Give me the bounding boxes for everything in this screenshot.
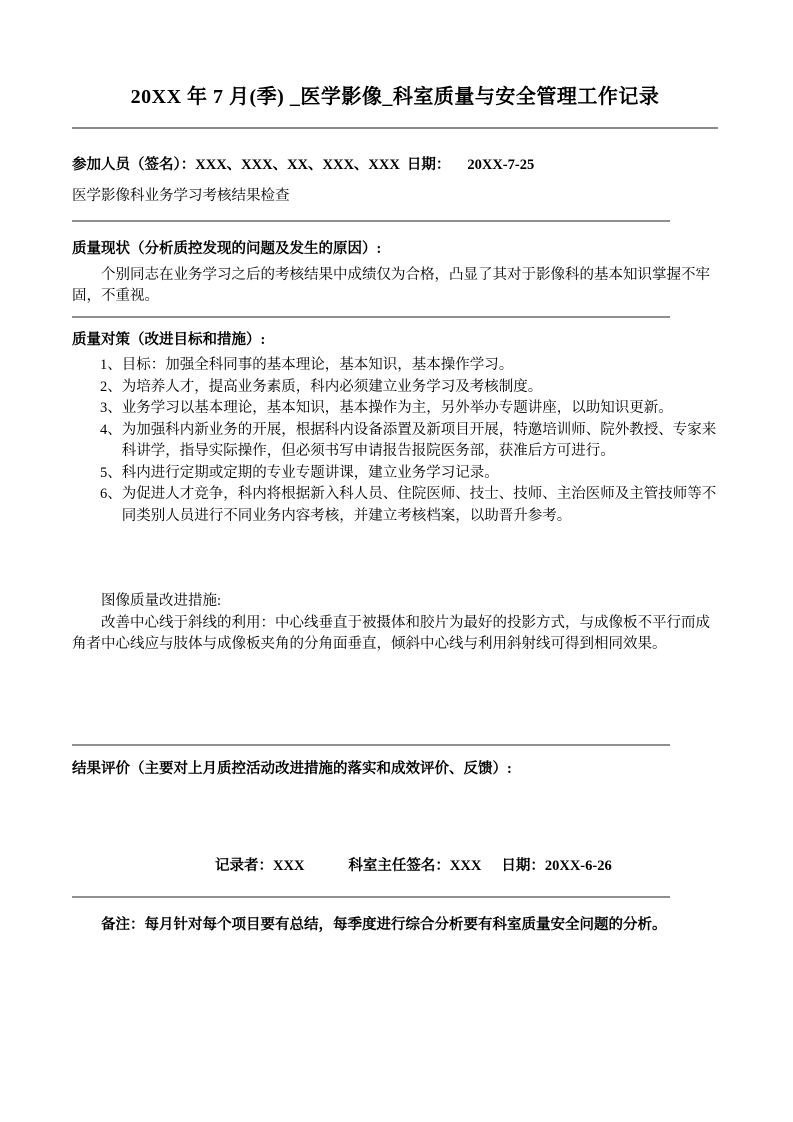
- list-item-text: 为培养人才，提高业务素质，科内必须建立业务学习及考核制度。: [122, 377, 718, 399]
- document-page: 20XX 年 7 月(季) _医学影像_科室质量与安全管理工作记录 参加人员（签…: [0, 0, 793, 1122]
- note-text: 每月针对每个项目要有总结，每季度进行综合分析要有科室质量安全问题的分析。: [145, 917, 667, 933]
- divider-after-quality-status: [72, 316, 670, 318]
- document-title: 20XX 年 7 月(季) _医学影像_科室质量与安全管理工作记录: [72, 84, 718, 110]
- list-item-text: 目标：加强全科同事的基本理论，基本知识，基本操作学习。: [122, 355, 718, 377]
- quality-status-heading: 质量现状（分析质控发现的问题及发生的原因）:: [72, 239, 718, 261]
- list-item: 1、 目标：加强全科同事的基本理论，基本知识，基本操作学习。: [72, 355, 718, 377]
- director-label: 科室主任签名：: [348, 858, 450, 874]
- list-number: 3、: [100, 398, 122, 420]
- countermeasure-list: 1、 目标：加强全科同事的基本理论，基本知识，基本操作学习。 2、 为培养人才，…: [72, 355, 718, 527]
- divider-before-note: [72, 896, 670, 898]
- list-item-text: 为加强科内新业务的开展，根据科内设备添置及新项目开展，特邀培训师、院外教授、专家…: [122, 420, 718, 463]
- note-label: 备注：: [101, 917, 145, 933]
- list-item: 2、 为培养人才，提高业务素质，科内必须建立业务学习及考核制度。: [72, 377, 718, 399]
- quality-status-body: 个别同志在业务学习之后的考核结果中成绩仅为合格，凸显了其对于影像科的基本知识掌握…: [72, 265, 718, 308]
- list-number: 6、: [100, 484, 122, 527]
- list-number: 5、: [100, 463, 122, 485]
- countermeasures-heading: 质量对策（改进目标和措施）:: [72, 330, 718, 352]
- list-number: 4、: [100, 420, 122, 463]
- participants-row: 参加人员（签名）：XXX、XXX、XX、XXX、XXX日期：20XX-7-25: [72, 155, 718, 177]
- divider-under-title: [72, 127, 718, 129]
- signature-date-label: 日期：: [501, 858, 545, 874]
- image-quality-body: 改善中心线于斜线的利用：中心线垂直于被摄体和胶片为最好的投影方式，与成像板不平行…: [72, 613, 718, 656]
- participants-names: XXX、XXX、XX、XXX、XXX: [195, 157, 400, 173]
- list-item-text: 为促进人才竞争，科内将根据新入科人员、住院医师、技士、技师、主治医师及主管技师等…: [122, 484, 718, 527]
- recorder-name: XXX: [273, 858, 304, 874]
- result-evaluation-heading: 结果评价（主要对上月质控活动改进措施的落实和成效评价、反馈）:: [72, 759, 718, 781]
- recorder-label: 记录者：: [215, 858, 273, 874]
- list-item-text: 业务学习以基本理论，基本知识，基本操作为主，另外举办专题讲座，以助知识更新。: [122, 398, 718, 420]
- signature-row: 记录者：XXX科室主任签名：XXX日期：20XX-6-26: [72, 856, 718, 878]
- list-item: 3、 业务学习以基本理论，基本知识，基本操作为主，另外举办专题讲座，以助知识更新…: [72, 398, 718, 420]
- participants-date-value: 20XX-7-25: [467, 157, 534, 173]
- director-name: XXX: [450, 858, 481, 874]
- list-number: 2、: [100, 377, 122, 399]
- list-item: 4、 为加强科内新业务的开展，根据科内设备添置及新项目开展，特邀培训师、院外教授…: [72, 420, 718, 463]
- document-content: 20XX 年 7 月(季) _医学影像_科室质量与安全管理工作记录 参加人员（签…: [0, 0, 793, 936]
- list-item: 5、 科内进行定期或定期的专业专题讲课，建立业务学习记录。: [72, 463, 718, 485]
- list-item: 6、 为促进人才竞争，科内将根据新入科人员、住院医师、技士、技师、主治医师及主管…: [72, 484, 718, 527]
- image-quality-section: 图像质量改进措施: 改善中心线于斜线的利用：中心线垂直于被摄体和胶片为最好的投影…: [72, 591, 718, 656]
- participants-label: 参加人员（签名）：: [72, 157, 195, 173]
- image-quality-heading: 图像质量改进措施:: [72, 591, 718, 613]
- divider-before-result: [72, 744, 670, 746]
- note-row: 备注：每月针对每个项目要有总结，每季度进行综合分析要有科室质量安全问题的分析。: [72, 915, 718, 937]
- list-item-text: 科内进行定期或定期的专业专题讲课，建立业务学习记录。: [122, 463, 718, 485]
- divider-after-subject: [72, 220, 670, 222]
- list-number: 1、: [100, 355, 122, 377]
- signature-date-value: 20XX-6-26: [545, 858, 612, 874]
- inspection-subject-line: 医学影像科业务学习考核结果检查: [72, 186, 718, 208]
- participants-date-label: 日期：: [407, 157, 451, 173]
